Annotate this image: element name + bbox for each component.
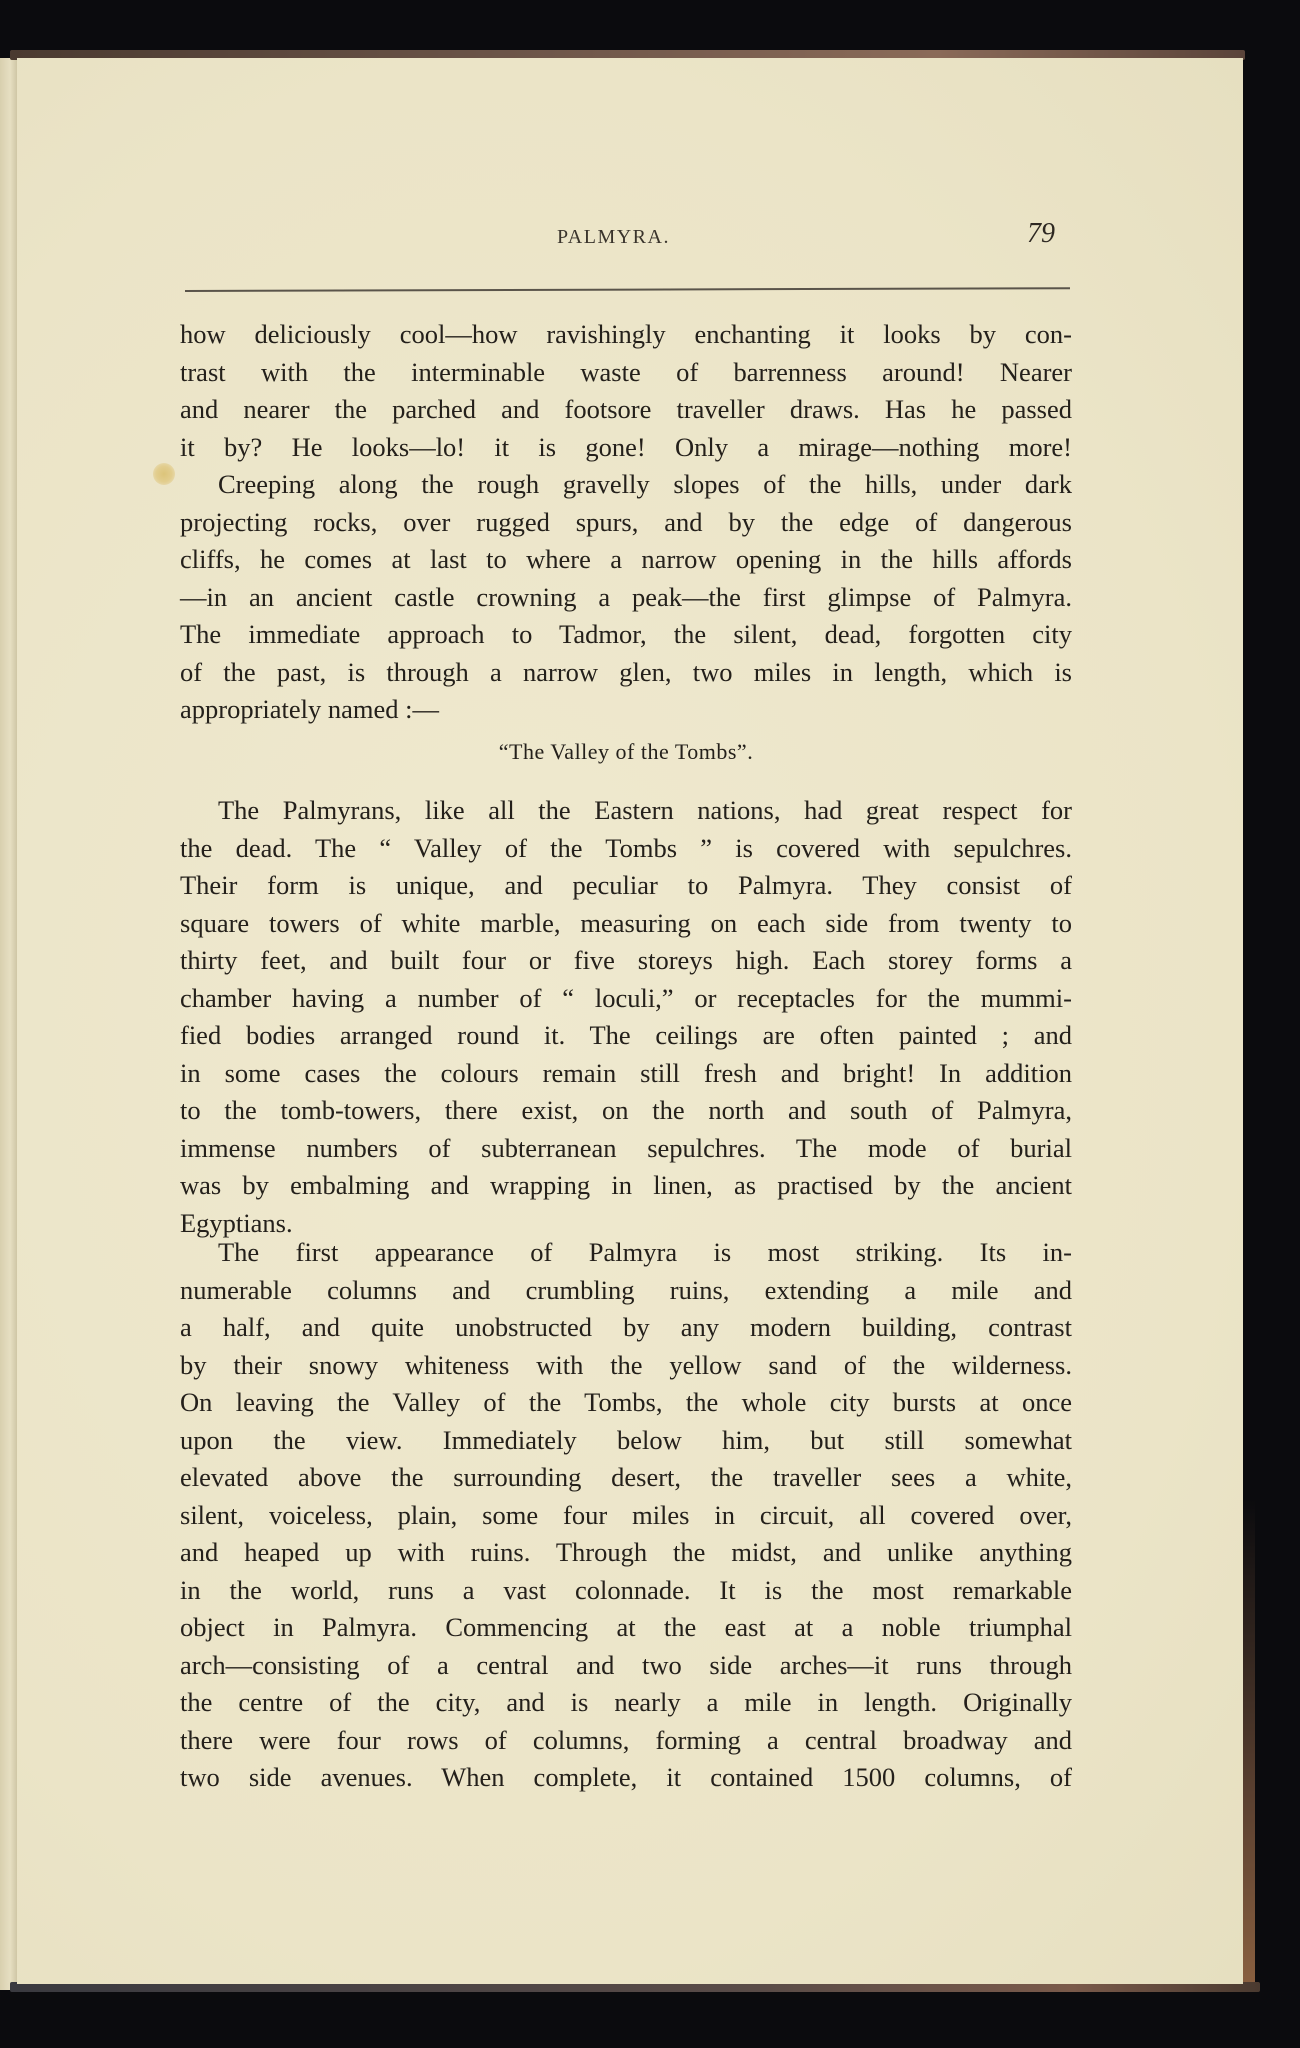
- text-line: a half, and quite unobstructed by any mo…: [180, 1309, 1072, 1347]
- text-line: thirty feet, and built four or five stor…: [180, 942, 1072, 980]
- text-line: how deliciously cool—how ravishingly enc…: [180, 316, 1072, 354]
- text-line: object in Palmyra. Commencing at the eas…: [180, 1609, 1072, 1647]
- page-number: 79: [1027, 218, 1055, 250]
- text-line: in some cases the colours remain still f…: [180, 1055, 1072, 1093]
- text-line: chamber having a number of “ loculi,” or…: [180, 980, 1072, 1018]
- text-line: immense numbers of subterranean sepulchr…: [180, 1130, 1072, 1168]
- text-line: Their form is unique, and peculiar to Pa…: [180, 867, 1072, 905]
- paragraph: The Palmyrans, like all the Eastern nati…: [180, 792, 1072, 1242]
- text-line: in the world, runs a vast colonnade. It …: [180, 1572, 1072, 1610]
- text-line: the dead. The “ Valley of the Tombs ” is…: [180, 830, 1072, 868]
- paragraph: Creeping along the rough gravelly slopes…: [180, 466, 1072, 729]
- text-line: —in an ancient castle crowning a peak—th…: [180, 579, 1072, 617]
- header-rule: [185, 287, 1070, 292]
- text-line: silent, voiceless, plain, some four mile…: [180, 1497, 1072, 1535]
- text-line: of the past, is through a narrow glen, t…: [180, 654, 1072, 692]
- text-line: to the tomb-towers, there exist, on the …: [180, 1092, 1072, 1130]
- text-line: square towers of white marble, measuring…: [180, 905, 1072, 943]
- text-line: Creeping along the rough gravelly slopes…: [180, 466, 1072, 504]
- text-line: projecting rocks, over rugged spurs, and…: [180, 504, 1072, 542]
- text-line: was by embalming and wrapping in linen, …: [180, 1167, 1072, 1205]
- book-page: PALMYRA. 79 how deliciously cool—how rav…: [17, 58, 1243, 1984]
- text-line: The Palmyrans, like all the Eastern nati…: [180, 792, 1072, 830]
- text-line: fied bodies arranged round it. The ceili…: [180, 1017, 1072, 1055]
- text-line: arch—consisting of a central and two sid…: [180, 1647, 1072, 1685]
- text-line: and nearer the parched and footsore trav…: [180, 391, 1072, 429]
- text-line: appropriately named :—: [180, 691, 1072, 729]
- foxing-stain: [153, 463, 175, 485]
- paragraph: The first appearance of Palmyra is most …: [180, 1234, 1072, 1797]
- running-head: PALMYRA.: [557, 226, 670, 249]
- text-line: it by? He looks—lo! it is gone! Only a m…: [180, 429, 1072, 467]
- text-line: upon the view. Immediately below him, bu…: [180, 1422, 1072, 1460]
- text-line: and heaped up with ruins. Through the mi…: [180, 1534, 1072, 1572]
- text-line: On leaving the Valley of the Tombs, the …: [180, 1384, 1072, 1422]
- paragraph: how deliciously cool—how ravishingly enc…: [180, 316, 1072, 466]
- text-line: The immediate approach to Tadmor, the si…: [180, 616, 1072, 654]
- text-line: The first appearance of Palmyra is most …: [180, 1234, 1072, 1272]
- text-line: cliffs, he comes at last to where a narr…: [180, 541, 1072, 579]
- section-heading: “The Valley of the Tombs”.: [180, 733, 1072, 771]
- text-line: trast with the interminable waste of bar…: [180, 354, 1072, 392]
- text-line: by their snowy whiteness with the yellow…: [180, 1347, 1072, 1385]
- text-line: numerable columns and crumbling ruins, e…: [180, 1272, 1072, 1310]
- text-line: two side avenues. When complete, it cont…: [180, 1759, 1072, 1797]
- book-scan: PALMYRA. 79 how deliciously cool—how rav…: [0, 0, 1300, 2048]
- binding-edge-right: [1243, 1500, 1255, 1990]
- text-line: there were four rows of columns, forming…: [180, 1722, 1072, 1760]
- body-text: how deliciously cool—how ravishingly enc…: [180, 316, 1072, 1797]
- text-line: elevated above the surrounding desert, t…: [180, 1459, 1072, 1497]
- text-line: the centre of the city, and is nearly a …: [180, 1684, 1072, 1722]
- previous-page-edge: [0, 58, 18, 1990]
